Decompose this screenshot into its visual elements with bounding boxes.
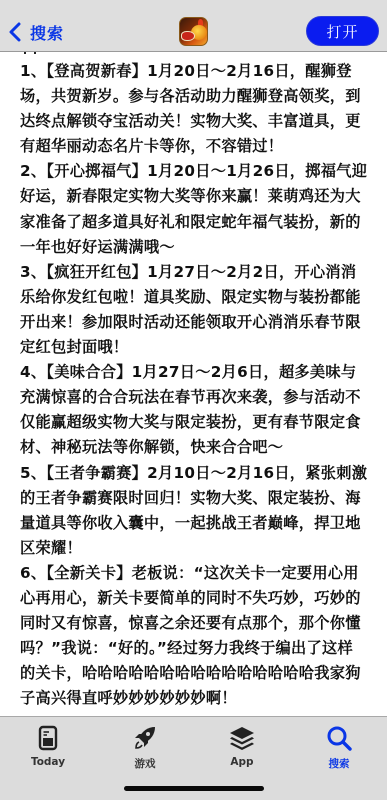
event-item-2: 2、【开心掷福气】1月20日～1月26日，掷福气迎好运，新春限定实物大奖等你来赢… — [20, 159, 368, 259]
nav-header: 搜索 打开 — [0, 0, 387, 52]
tab-label: Today — [31, 756, 65, 768]
scrolled-text-remnant — [24, 52, 38, 55]
tab-search[interactable]: 搜索 — [304, 725, 374, 771]
back-label: 搜索 — [30, 21, 64, 44]
event-item-5: 5、【王者争霸赛】2月10日～2月16日，紧张刺激的王者争霸赛限时回归！实物大奖… — [20, 461, 368, 561]
tab-games[interactable]: 游戏 — [110, 725, 180, 771]
tab-label: 游戏 — [135, 756, 156, 771]
tab-label: 搜索 — [329, 756, 350, 771]
chevron-left-icon — [8, 22, 22, 42]
today-icon — [35, 725, 61, 751]
search-icon — [326, 725, 352, 751]
open-button[interactable]: 打开 — [306, 16, 379, 46]
event-item-4: 4、【美味合合】1月27日～2月6日，超多美味与充满惊喜的合合玩法在春节再次来袭… — [20, 360, 368, 460]
description-content: 1、【登高贺新春】1月20日～2月16日，醒狮登场，共贺新岁。参与各活动助力醒狮… — [20, 59, 368, 711]
event-item-3: 3、【疯狂开红包】1月27日～2月2日，开心消消乐给你发红包啦！道具奖励、限定实… — [20, 260, 368, 360]
event-item-6: 6、【全新关卡】老板说：“这次关卡一定要用心用心再用心，新关卡要简单的同时不失巧… — [20, 561, 368, 712]
home-indicator[interactable] — [124, 786, 264, 791]
tab-bar: Today 游戏 App 搜索 — [0, 716, 387, 800]
tab-label: App — [230, 756, 253, 768]
layers-icon — [229, 725, 255, 751]
tab-today[interactable]: Today — [13, 725, 83, 771]
tab-apps[interactable]: App — [207, 725, 277, 771]
back-button[interactable]: 搜索 — [8, 20, 64, 44]
event-item-1: 1、【登高贺新春】1月20日～2月16日，醒狮登场，共贺新岁。参与各活动助力醒狮… — [20, 59, 368, 159]
screen: 搜索 打开 1、【登高贺新春】1月20日～2月16日，醒狮登场，共贺新岁。参与各… — [0, 0, 387, 800]
lion-dance-game-icon — [179, 17, 208, 46]
rocket-icon — [132, 725, 158, 751]
